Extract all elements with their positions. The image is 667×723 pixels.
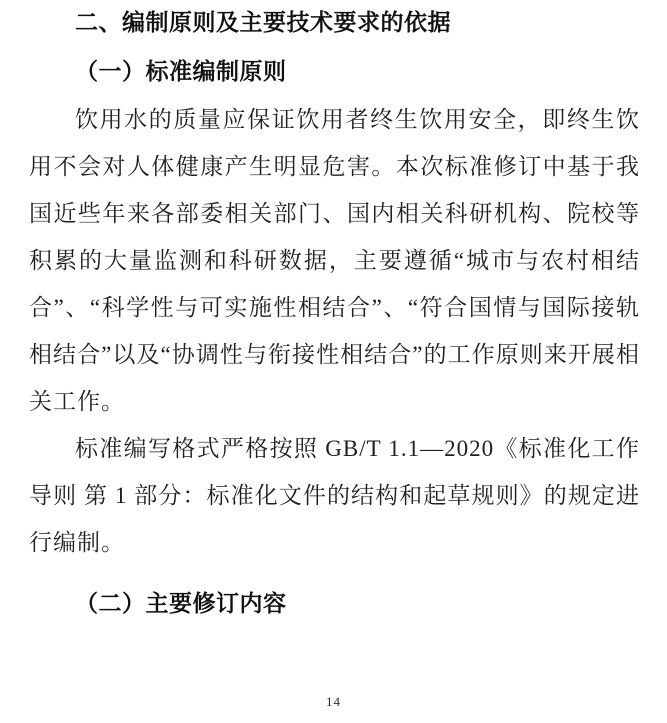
document-page: 二、编制原则及主要技术要求的依据 （一）标准编制原则 饮用水的质量应保证饮用者终… [0, 0, 667, 723]
subsection-heading-revisions: （二）主要修订内容 [29, 587, 640, 619]
page-number: 14 [326, 694, 341, 709]
paragraph-drinking-water-principles: 饮用水的质量应保证饮用者终生饮用安全，即终生饮用不会对人体健康产生明显危害。本次… [29, 96, 640, 425]
paragraph-standard-format: 标准编写格式严格按照 GB/T 1.1—2020《标准化工作导则 第 1 部分：… [29, 425, 640, 566]
page-footer: 14 [0, 693, 667, 711]
section-heading: 二、编制原则及主要技术要求的依据 [29, 6, 640, 38]
subsection-heading-principles: （一）标准编制原则 [29, 55, 640, 87]
